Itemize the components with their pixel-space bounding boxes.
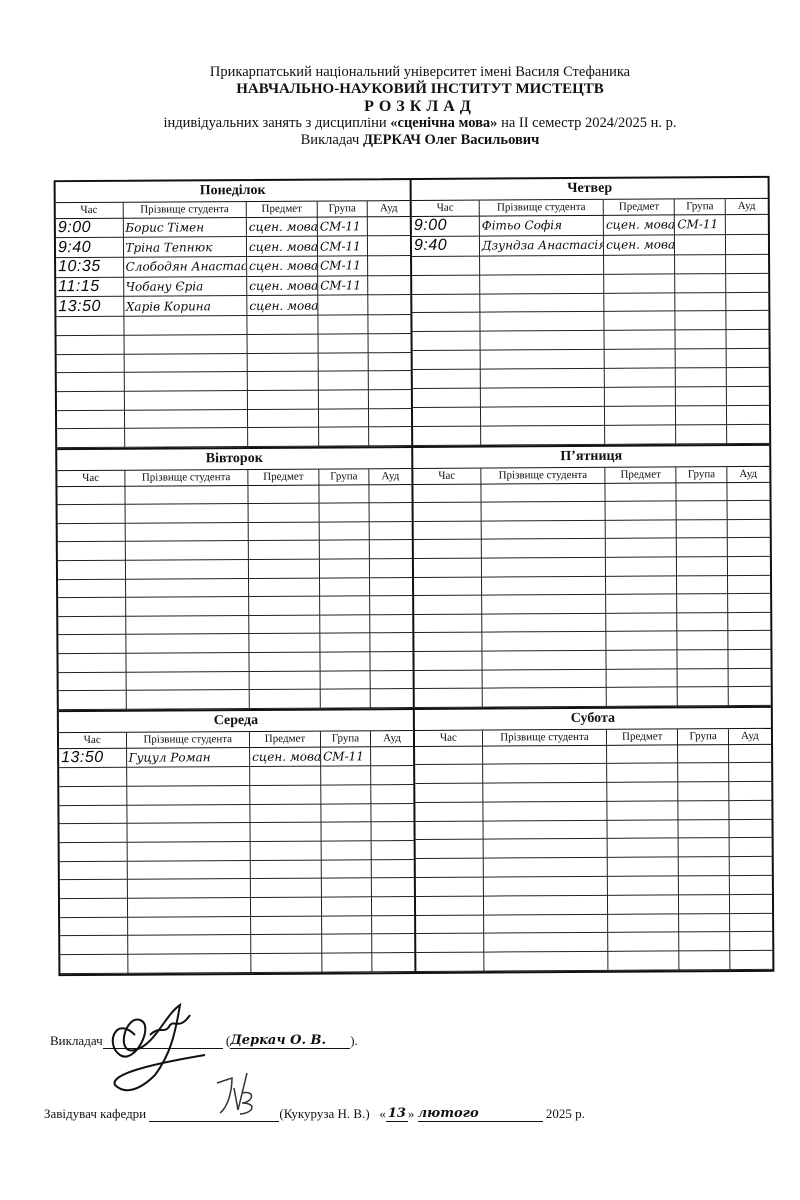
cell-room[interactable] bbox=[372, 934, 415, 953]
cell-group[interactable]: СМ-11 bbox=[321, 746, 371, 766]
cell-group[interactable] bbox=[322, 934, 372, 953]
cell-subject[interactable]: сцен. мова bbox=[247, 276, 318, 296]
cell-student[interactable] bbox=[481, 557, 605, 576]
cell-subject[interactable] bbox=[607, 838, 679, 857]
cell-group[interactable] bbox=[679, 838, 729, 857]
cell-time[interactable] bbox=[414, 539, 481, 558]
cell-room[interactable] bbox=[368, 315, 411, 334]
cell-room[interactable] bbox=[725, 254, 768, 273]
cell-time[interactable] bbox=[56, 316, 123, 335]
cell-subject[interactable] bbox=[250, 785, 321, 804]
cell-time[interactable] bbox=[413, 369, 480, 388]
cell-student[interactable] bbox=[125, 559, 249, 578]
cell-subject[interactable] bbox=[250, 897, 321, 916]
cell-group[interactable] bbox=[318, 408, 368, 427]
cell-student[interactable] bbox=[482, 613, 606, 632]
cell-time[interactable] bbox=[413, 331, 480, 350]
cell-subject[interactable] bbox=[606, 594, 678, 613]
cell-group[interactable] bbox=[319, 559, 369, 578]
cell-student[interactable] bbox=[127, 842, 251, 861]
cell-subject[interactable] bbox=[605, 520, 677, 539]
cell-subject[interactable] bbox=[606, 687, 678, 706]
cell-room[interactable] bbox=[729, 894, 772, 913]
cell-subject[interactable] bbox=[247, 334, 318, 353]
cell-time[interactable]: 9:00 bbox=[412, 216, 479, 236]
cell-subject[interactable] bbox=[249, 652, 320, 671]
cell-time[interactable] bbox=[60, 917, 127, 936]
cell-group[interactable] bbox=[322, 953, 372, 972]
cell-subject[interactable] bbox=[605, 406, 677, 425]
cell-room[interactable] bbox=[726, 349, 769, 368]
cell-subject[interactable] bbox=[251, 953, 322, 972]
cell-subject[interactable] bbox=[604, 311, 676, 330]
cell-time[interactable] bbox=[58, 560, 125, 579]
cell-subject[interactable]: сцен. мова bbox=[247, 296, 318, 316]
cell-time[interactable] bbox=[416, 896, 483, 915]
cell-subject[interactable] bbox=[251, 916, 322, 935]
cell-subject[interactable] bbox=[607, 745, 679, 764]
cell-time[interactable]: 13:50 bbox=[59, 748, 126, 768]
cell-group[interactable] bbox=[679, 876, 729, 895]
cell-group[interactable] bbox=[320, 577, 370, 596]
cell-time[interactable] bbox=[414, 577, 481, 596]
cell-student[interactable] bbox=[481, 501, 605, 520]
cell-student[interactable] bbox=[124, 428, 248, 447]
cell-time[interactable] bbox=[59, 690, 126, 709]
cell-room[interactable] bbox=[728, 763, 771, 782]
cell-room[interactable] bbox=[730, 950, 773, 969]
cell-student[interactable]: Чобану Єріа bbox=[123, 276, 247, 296]
cell-student[interactable]: Фітьо Софія bbox=[479, 215, 603, 236]
cell-group[interactable] bbox=[321, 878, 371, 897]
cell-student[interactable] bbox=[481, 483, 605, 502]
cell-group[interactable] bbox=[678, 668, 728, 687]
cell-subject[interactable] bbox=[604, 292, 676, 311]
cell-room[interactable] bbox=[371, 859, 414, 878]
cell-time[interactable] bbox=[416, 840, 483, 859]
cell-room[interactable] bbox=[728, 781, 771, 800]
cell-subject[interactable] bbox=[248, 559, 319, 578]
cell-time[interactable] bbox=[58, 616, 125, 635]
cell-group[interactable] bbox=[676, 368, 726, 387]
cell-student[interactable] bbox=[124, 334, 248, 353]
cell-subject[interactable] bbox=[249, 633, 320, 652]
cell-room[interactable] bbox=[729, 932, 772, 951]
cell-subject[interactable] bbox=[247, 390, 318, 409]
cell-group[interactable] bbox=[318, 371, 368, 390]
cell-group[interactable] bbox=[321, 766, 371, 785]
cell-room[interactable] bbox=[725, 234, 768, 254]
cell-time[interactable] bbox=[60, 898, 127, 917]
cell-room[interactable] bbox=[371, 746, 414, 766]
cell-subject[interactable] bbox=[606, 613, 678, 632]
cell-room[interactable] bbox=[726, 368, 769, 387]
cell-time[interactable] bbox=[57, 335, 124, 354]
cell-student[interactable] bbox=[483, 839, 607, 859]
cell-student[interactable] bbox=[125, 578, 249, 597]
cell-group[interactable] bbox=[320, 615, 370, 634]
cell-subject[interactable] bbox=[604, 255, 676, 274]
cell-time[interactable] bbox=[414, 651, 481, 670]
cell-subject[interactable] bbox=[607, 820, 679, 839]
cell-time[interactable] bbox=[57, 410, 124, 429]
cell-subject[interactable] bbox=[250, 822, 321, 841]
cell-group[interactable] bbox=[679, 951, 729, 970]
cell-student[interactable] bbox=[126, 767, 250, 786]
cell-time[interactable] bbox=[58, 542, 125, 561]
cell-subject[interactable] bbox=[249, 596, 320, 615]
cell-group[interactable] bbox=[679, 932, 729, 951]
cell-time[interactable] bbox=[412, 275, 479, 294]
cell-room[interactable] bbox=[370, 689, 413, 708]
cell-room[interactable] bbox=[369, 503, 412, 522]
cell-time[interactable] bbox=[412, 294, 479, 313]
cell-room[interactable] bbox=[369, 427, 412, 446]
cell-room[interactable] bbox=[727, 482, 770, 501]
cell-student[interactable] bbox=[481, 520, 605, 539]
cell-student[interactable]: Гуцул Роман bbox=[126, 747, 250, 767]
cell-time[interactable] bbox=[415, 688, 482, 707]
cell-room[interactable] bbox=[370, 614, 413, 633]
cell-student[interactable] bbox=[124, 353, 248, 372]
cell-student[interactable] bbox=[127, 823, 251, 842]
cell-time[interactable] bbox=[60, 954, 127, 973]
cell-student[interactable] bbox=[127, 860, 251, 879]
cell-student[interactable] bbox=[482, 650, 606, 669]
cell-student[interactable] bbox=[125, 597, 249, 616]
cell-time[interactable] bbox=[60, 880, 127, 899]
cell-subject[interactable]: сцен. мова bbox=[603, 235, 675, 255]
cell-room[interactable] bbox=[372, 915, 415, 934]
cell-subject[interactable] bbox=[251, 935, 322, 954]
cell-time[interactable] bbox=[60, 861, 127, 880]
cell-time[interactable] bbox=[58, 504, 125, 523]
cell-group[interactable] bbox=[676, 406, 726, 425]
cell-group[interactable] bbox=[320, 652, 370, 671]
cell-student[interactable] bbox=[482, 745, 606, 765]
cell-time[interactable] bbox=[415, 764, 482, 783]
cell-room[interactable] bbox=[726, 424, 769, 443]
cell-time[interactable] bbox=[414, 558, 481, 577]
cell-subject[interactable] bbox=[608, 895, 680, 914]
cell-room[interactable] bbox=[370, 670, 413, 689]
cell-room[interactable] bbox=[728, 649, 771, 668]
cell-subject[interactable] bbox=[604, 349, 676, 368]
cell-student[interactable] bbox=[480, 274, 604, 294]
cell-group[interactable] bbox=[676, 482, 726, 501]
cell-subject[interactable] bbox=[604, 368, 676, 387]
cell-time[interactable]: 9:40 bbox=[56, 238, 123, 258]
cell-group[interactable] bbox=[677, 557, 727, 576]
cell-group[interactable] bbox=[677, 501, 727, 520]
cell-group[interactable] bbox=[320, 670, 370, 689]
cell-subject[interactable] bbox=[250, 804, 321, 823]
cell-room[interactable] bbox=[367, 236, 410, 256]
cell-room[interactable] bbox=[728, 744, 771, 763]
cell-student[interactable] bbox=[124, 390, 248, 409]
cell-room[interactable] bbox=[729, 800, 772, 819]
cell-time[interactable]: 13:50 bbox=[56, 297, 123, 317]
cell-room[interactable] bbox=[371, 878, 414, 897]
cell-group[interactable] bbox=[676, 387, 726, 406]
cell-time[interactable] bbox=[413, 388, 480, 407]
cell-time[interactable] bbox=[412, 256, 479, 275]
cell-time[interactable] bbox=[59, 786, 126, 805]
cell-subject[interactable] bbox=[250, 766, 321, 785]
cell-room[interactable] bbox=[371, 822, 414, 841]
cell-time[interactable] bbox=[416, 952, 483, 971]
cell-time[interactable] bbox=[414, 595, 481, 614]
cell-group[interactable] bbox=[678, 763, 728, 782]
cell-group[interactable] bbox=[675, 273, 725, 292]
cell-subject[interactable] bbox=[604, 273, 676, 292]
cell-time[interactable] bbox=[415, 670, 482, 689]
cell-time[interactable] bbox=[414, 502, 481, 521]
cell-room[interactable] bbox=[368, 389, 411, 408]
cell-subject[interactable] bbox=[608, 932, 680, 951]
cell-room[interactable] bbox=[727, 575, 770, 594]
cell-student[interactable] bbox=[127, 935, 251, 954]
cell-room[interactable] bbox=[725, 273, 768, 292]
cell-time[interactable] bbox=[57, 372, 124, 391]
cell-subject[interactable]: сцен. мова bbox=[246, 236, 317, 256]
cell-student[interactable] bbox=[125, 504, 249, 523]
cell-group[interactable] bbox=[321, 897, 371, 916]
cell-student[interactable] bbox=[480, 293, 604, 313]
cell-room[interactable] bbox=[370, 633, 413, 652]
cell-time[interactable] bbox=[413, 484, 480, 503]
cell-group[interactable] bbox=[678, 687, 728, 706]
cell-student[interactable] bbox=[480, 406, 604, 426]
cell-time[interactable] bbox=[57, 391, 124, 410]
cell-student[interactable] bbox=[125, 541, 249, 560]
cell-group[interactable] bbox=[318, 295, 368, 315]
cell-subject[interactable] bbox=[606, 650, 678, 669]
cell-subject[interactable]: сцен. мова bbox=[250, 747, 321, 767]
cell-subject[interactable] bbox=[605, 482, 677, 501]
cell-student[interactable] bbox=[125, 634, 249, 653]
cell-room[interactable] bbox=[368, 408, 411, 427]
cell-time[interactable] bbox=[415, 802, 482, 821]
cell-room[interactable] bbox=[728, 668, 771, 687]
cell-subject[interactable] bbox=[250, 878, 321, 897]
cell-time[interactable] bbox=[414, 614, 481, 633]
cell-group[interactable] bbox=[675, 311, 725, 330]
cell-time[interactable] bbox=[58, 597, 125, 616]
cell-group[interactable] bbox=[677, 575, 727, 594]
cell-time[interactable] bbox=[57, 486, 124, 505]
cell-subject[interactable] bbox=[604, 387, 676, 406]
cell-time[interactable] bbox=[57, 429, 124, 448]
cell-group[interactable]: СМ-11 bbox=[317, 236, 367, 256]
cell-group[interactable] bbox=[321, 822, 371, 841]
cell-student[interactable] bbox=[480, 387, 604, 407]
cell-room[interactable] bbox=[725, 214, 768, 234]
cell-student[interactable] bbox=[483, 876, 607, 896]
cell-room[interactable] bbox=[727, 519, 770, 538]
cell-subject[interactable] bbox=[605, 425, 677, 444]
cell-group[interactable] bbox=[678, 819, 728, 838]
cell-time[interactable] bbox=[415, 783, 482, 802]
cell-room[interactable] bbox=[371, 803, 414, 822]
cell-time[interactable]: 9:40 bbox=[412, 236, 479, 256]
cell-subject[interactable] bbox=[249, 578, 320, 597]
cell-subject[interactable] bbox=[606, 631, 678, 650]
cell-time[interactable] bbox=[412, 313, 479, 332]
cell-subject[interactable] bbox=[606, 575, 678, 594]
cell-group[interactable]: СМ-11 bbox=[675, 214, 725, 234]
cell-subject[interactable] bbox=[248, 522, 319, 541]
cell-subject[interactable] bbox=[607, 763, 679, 782]
cell-student[interactable] bbox=[127, 898, 251, 917]
cell-subject[interactable] bbox=[604, 330, 676, 349]
cell-group[interactable] bbox=[319, 427, 369, 446]
cell-room[interactable] bbox=[729, 913, 772, 932]
cell-group[interactable] bbox=[676, 349, 726, 368]
cell-student[interactable] bbox=[479, 255, 603, 275]
cell-time[interactable] bbox=[58, 635, 125, 654]
cell-time[interactable]: 9:00 bbox=[56, 218, 123, 238]
cell-room[interactable] bbox=[371, 766, 414, 785]
cell-subject[interactable]: сцен. мова bbox=[247, 256, 318, 276]
cell-room[interactable] bbox=[726, 292, 769, 311]
cell-student[interactable] bbox=[125, 615, 249, 634]
cell-room[interactable] bbox=[729, 875, 772, 894]
cell-room[interactable] bbox=[727, 500, 770, 519]
cell-room[interactable] bbox=[729, 857, 772, 876]
cell-group[interactable] bbox=[679, 857, 729, 876]
cell-room[interactable] bbox=[370, 651, 413, 670]
cell-student[interactable] bbox=[483, 820, 607, 840]
cell-time[interactable] bbox=[60, 842, 127, 861]
cell-subject[interactable] bbox=[247, 353, 318, 372]
cell-subject[interactable] bbox=[247, 315, 318, 334]
cell-group[interactable] bbox=[319, 521, 369, 540]
cell-student[interactable] bbox=[484, 933, 608, 953]
cell-subject[interactable] bbox=[607, 857, 679, 876]
cell-time[interactable]: 10:35 bbox=[56, 257, 123, 277]
cell-time[interactable] bbox=[58, 653, 125, 672]
cell-student[interactable] bbox=[480, 369, 604, 389]
cell-student[interactable]: Дзундза Анастасія bbox=[479, 235, 603, 256]
cell-room[interactable] bbox=[369, 540, 412, 559]
cell-room[interactable] bbox=[368, 295, 411, 315]
cell-time[interactable] bbox=[416, 915, 483, 934]
cell-subject[interactable] bbox=[248, 427, 319, 446]
cell-room[interactable] bbox=[728, 687, 771, 706]
cell-room[interactable] bbox=[727, 556, 770, 575]
cell-group[interactable] bbox=[318, 315, 368, 334]
cell-group[interactable] bbox=[322, 916, 372, 935]
cell-student[interactable] bbox=[483, 764, 607, 784]
cell-room[interactable] bbox=[727, 612, 770, 631]
cell-subject[interactable] bbox=[247, 409, 318, 428]
cell-student[interactable] bbox=[482, 688, 606, 708]
cell-subject[interactable]: сцен. мова bbox=[603, 215, 675, 235]
cell-student[interactable] bbox=[125, 522, 249, 541]
cell-group[interactable] bbox=[675, 292, 725, 311]
cell-student[interactable] bbox=[124, 372, 248, 391]
cell-room[interactable] bbox=[367, 216, 410, 236]
cell-subject[interactable] bbox=[249, 689, 320, 708]
cell-student[interactable] bbox=[483, 914, 607, 934]
cell-subject[interactable] bbox=[249, 615, 320, 634]
cell-time[interactable] bbox=[416, 933, 483, 952]
cell-group[interactable] bbox=[321, 841, 371, 860]
cell-student[interactable]: Борис Тімен bbox=[123, 217, 247, 237]
cell-subject[interactable] bbox=[605, 557, 677, 576]
cell-time[interactable] bbox=[60, 824, 127, 843]
cell-group[interactable] bbox=[677, 519, 727, 538]
cell-subject[interactable] bbox=[608, 951, 680, 970]
cell-group[interactable] bbox=[318, 390, 368, 409]
cell-room[interactable] bbox=[369, 521, 412, 540]
cell-group[interactable] bbox=[677, 631, 727, 650]
cell-student[interactable] bbox=[482, 669, 606, 688]
cell-time[interactable] bbox=[413, 350, 480, 369]
cell-time[interactable] bbox=[58, 523, 125, 542]
cell-time[interactable] bbox=[415, 746, 482, 765]
cell-student[interactable] bbox=[126, 671, 250, 690]
cell-group[interactable] bbox=[677, 594, 727, 613]
cell-group[interactable] bbox=[318, 334, 368, 353]
cell-subject[interactable] bbox=[249, 671, 320, 690]
cell-group[interactable] bbox=[676, 425, 726, 444]
cell-time[interactable] bbox=[58, 579, 125, 598]
cell-group[interactable]: СМ-11 bbox=[318, 275, 368, 295]
cell-room[interactable] bbox=[368, 333, 411, 352]
cell-student[interactable] bbox=[123, 316, 247, 335]
cell-student[interactable] bbox=[126, 804, 250, 823]
cell-room[interactable] bbox=[368, 256, 411, 276]
cell-student[interactable] bbox=[126, 690, 250, 710]
cell-time[interactable] bbox=[413, 426, 480, 445]
cell-group[interactable] bbox=[321, 860, 371, 879]
cell-student[interactable] bbox=[124, 485, 248, 504]
cell-student[interactable] bbox=[484, 951, 608, 971]
cell-time[interactable] bbox=[413, 407, 480, 426]
cell-student[interactable] bbox=[483, 895, 607, 915]
cell-student[interactable]: Слободян Анастасія bbox=[123, 257, 247, 277]
cell-student[interactable] bbox=[127, 879, 251, 898]
cell-time[interactable] bbox=[57, 354, 124, 373]
cell-time[interactable] bbox=[414, 632, 481, 651]
cell-room[interactable] bbox=[726, 311, 769, 330]
cell-room[interactable] bbox=[368, 371, 411, 390]
cell-student[interactable] bbox=[480, 312, 604, 332]
cell-time[interactable] bbox=[60, 936, 127, 955]
cell-student[interactable]: Харів Корина bbox=[123, 296, 247, 316]
cell-room[interactable] bbox=[726, 405, 769, 424]
cell-group[interactable] bbox=[319, 484, 369, 503]
cell-student[interactable] bbox=[483, 782, 607, 802]
cell-room[interactable] bbox=[726, 386, 769, 405]
cell-time[interactable] bbox=[414, 521, 481, 540]
cell-student[interactable] bbox=[481, 539, 605, 558]
cell-subject[interactable] bbox=[605, 538, 677, 557]
cell-time[interactable] bbox=[415, 821, 482, 840]
cell-room[interactable] bbox=[368, 275, 411, 295]
cell-student[interactable]: Тріна Тепнюк bbox=[123, 237, 247, 257]
cell-time[interactable] bbox=[416, 858, 483, 877]
cell-student[interactable] bbox=[482, 632, 606, 651]
cell-subject[interactable] bbox=[250, 841, 321, 860]
cell-subject[interactable] bbox=[250, 860, 321, 879]
cell-room[interactable] bbox=[729, 819, 772, 838]
cell-room[interactable] bbox=[368, 352, 411, 371]
cell-subject[interactable] bbox=[607, 801, 679, 820]
cell-student[interactable] bbox=[481, 594, 605, 613]
